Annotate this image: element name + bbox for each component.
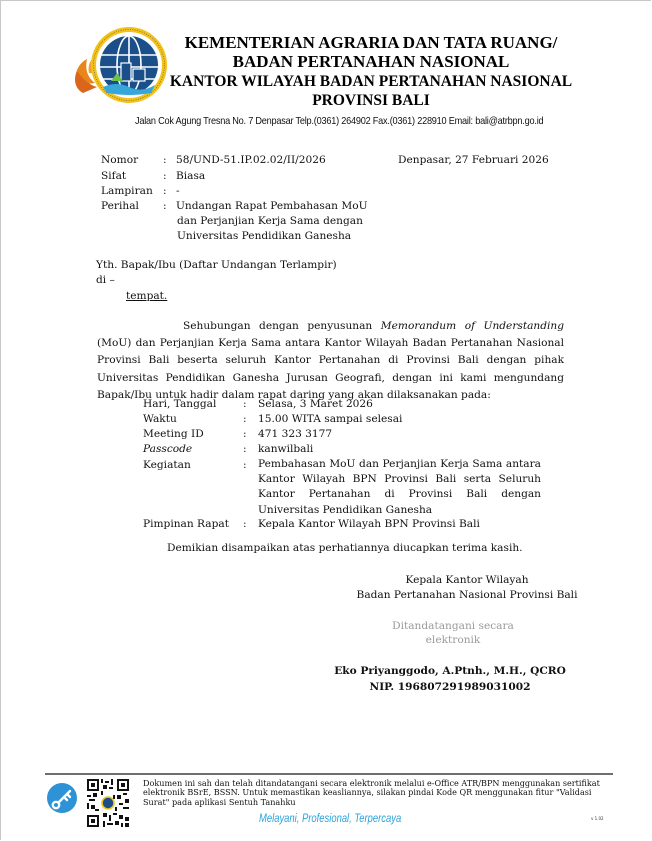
- meta-value-lampiran: -: [176, 185, 180, 197]
- meta-label-nomor: Nomor: [101, 154, 138, 166]
- meta-value-perihal-3: Universitas Pendidikan Ganesha: [177, 230, 351, 242]
- detail-label-meeting-id: Meeting ID: [143, 428, 204, 440]
- recipient-place: tempat.: [126, 290, 167, 302]
- letterhead: KEMENTERIAN AGRARIA DAN TATA RUANG/ BADA…: [161, 33, 581, 110]
- signatory-title-2: Badan Pertanahan Nasional Provinsi Bali: [341, 589, 593, 601]
- sentuh-tanahku-key-icon: [46, 782, 78, 814]
- detail-colon: :: [243, 413, 247, 425]
- footer-tagline: Melayani, Profesional, Terpercaya: [259, 813, 401, 825]
- recipient-location: di –: [96, 274, 115, 286]
- letter-date: Denpasar, 27 Februari 2026: [398, 154, 549, 166]
- body-paragraph: Sehubungan dengan penyusunan Memorandum …: [97, 318, 564, 404]
- meta-label-sifat: Sifat: [101, 170, 126, 182]
- meta-value-perihal-1: Undangan Rapat Pembahasan MoU: [176, 200, 368, 212]
- signatory-nip: NIP. 196807291989031002: [331, 681, 569, 693]
- meta-label-lampiran: Lampiran: [101, 185, 153, 197]
- detail-colon: :: [243, 518, 247, 530]
- letterhead-address: Jalan Cok Agung Tresna No. 7 Denpasar Te…: [135, 116, 543, 127]
- detail-colon: :: [243, 398, 247, 410]
- detail-label-activity: Kegiatan: [143, 459, 191, 471]
- meta-value-nomor: 58/UND-51.IP.02.02/II/2026: [176, 154, 326, 166]
- detail-label-chair: Pimpinan Rapat: [143, 518, 229, 530]
- detail-colon: :: [243, 443, 247, 455]
- meta-value-sifat: Biasa: [176, 170, 205, 182]
- body-intro-rest: (MoU) dan Perjanjian Kerja Sama antara K…: [97, 337, 564, 401]
- detail-value-activity: Pembahasan MoU dan Perjanjian Kerja Sama…: [258, 457, 541, 518]
- detail-colon: :: [243, 459, 247, 471]
- letterhead-ministry: KEMENTERIAN AGRARIA DAN TATA RUANG/: [161, 33, 581, 52]
- signatory-title-1: Kepala Kantor Wilayah: [341, 574, 593, 586]
- detail-value-date: Selasa, 3 Maret 2026: [258, 398, 373, 410]
- letter-page: KEMENTERIAN AGRARIA DAN TATA RUANG/ BADA…: [0, 0, 651, 840]
- body-intro: Sehubungan dengan penyusunan: [97, 320, 381, 332]
- detail-value-meeting-id: 471 323 3177: [258, 428, 332, 440]
- detail-label-date: Hari, Tanggal: [143, 398, 216, 410]
- qr-code-icon[interactable]: [87, 779, 129, 827]
- footer-version: v 1.02: [591, 816, 604, 821]
- meta-colon: :: [163, 185, 167, 197]
- detail-colon: :: [243, 428, 247, 440]
- detail-value-time: 15.00 WITA sampai selesai: [258, 413, 402, 425]
- footer-validation-note: Dokumen ini sah dan telah ditandatangani…: [143, 779, 613, 807]
- meta-value-perihal-2: dan Perjanjian Kerja Sama dengan: [177, 215, 363, 227]
- detail-label-time: Waktu: [143, 413, 177, 425]
- letterhead-agency: BADAN PERTANAHAN NASIONAL: [161, 52, 581, 72]
- atr-bpn-logo-icon: [71, 23, 171, 109]
- body-intro-italic: Memorandum of Understanding: [381, 320, 564, 332]
- letterhead-province: PROVINSI BALI: [161, 91, 581, 110]
- meta-colon: :: [163, 154, 167, 166]
- footer-divider: [45, 773, 613, 775]
- closing-sentence: Demikian disampaikan atas perhatiannya d…: [167, 542, 523, 554]
- meta-colon: :: [163, 170, 167, 182]
- meta-label-perihal: Perihal: [101, 200, 139, 212]
- recipient-line: Yth. Bapak/Ibu (Daftar Undangan Terlampi…: [96, 259, 337, 271]
- esign-note-1: Ditandatangani secara: [341, 620, 565, 632]
- esign-note-2: elektronik: [341, 634, 565, 646]
- signatory-name: Eko Priyanggodo, A.Ptnh., M.H., QCRO: [331, 665, 569, 677]
- meta-colon: :: [163, 200, 167, 212]
- detail-label-passcode: Passcode: [143, 443, 192, 455]
- detail-value-passcode: kanwilbali: [258, 443, 313, 455]
- detail-value-chair: Kepala Kantor Wilayah BPN Provinsi Bali: [258, 518, 480, 530]
- letterhead-office: KANTOR WILAYAH BADAN PERTANAHAN NASIONAL: [161, 72, 581, 91]
